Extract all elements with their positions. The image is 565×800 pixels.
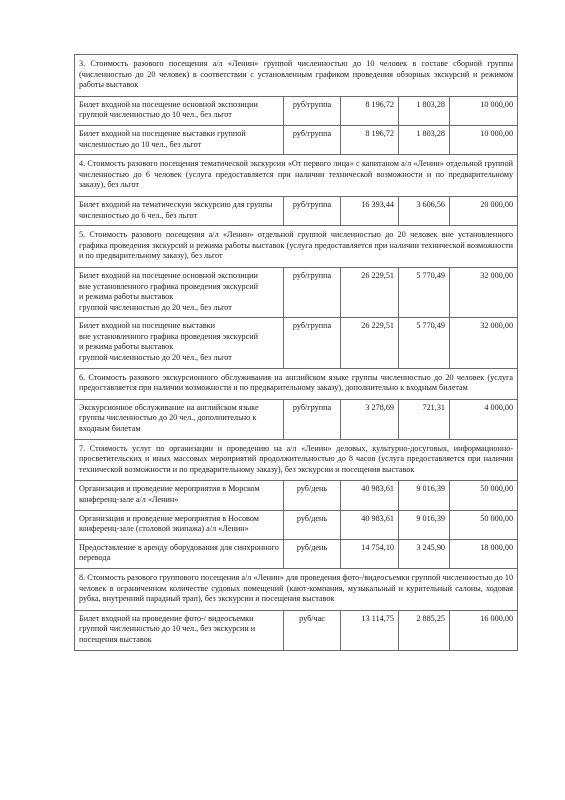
section-heading: 7. Стоимость услуг по организации и пров… xyxy=(75,439,518,481)
unit: руб/группа xyxy=(284,318,341,368)
price-table: 3. Стоимость разового посещения а/л «Лен… xyxy=(74,54,518,651)
vat-amount: 1 803,28 xyxy=(399,125,450,154)
section-heading: 4. Стоимость разового посещения тематиче… xyxy=(75,155,518,197)
price-total: 18 000,00 xyxy=(450,539,518,568)
unit: руб/группа xyxy=(284,267,341,317)
service-name: Организация и проведение мероприятия в М… xyxy=(75,481,284,510)
section-heading: 8. Стоимость разового группового посещен… xyxy=(75,568,518,610)
price-without-vat: 40 983,61 xyxy=(341,481,399,510)
price-total: 50 000,00 xyxy=(450,481,518,510)
section-heading-row: 3. Стоимость разового посещения а/л «Лен… xyxy=(75,55,518,97)
price-without-vat: 40 983,61 xyxy=(341,510,399,539)
section-heading: 5. Стоимость разового посещения а/л «Лен… xyxy=(75,226,518,268)
vat-amount: 9 016,39 xyxy=(399,481,450,510)
unit: руб/группа xyxy=(284,96,341,125)
price-list-page: 3. Стоимость разового посещения а/л «Лен… xyxy=(74,54,517,651)
table-row: Организация и проведение мероприятия в М… xyxy=(75,481,518,510)
price-without-vat: 16 393,44 xyxy=(341,196,399,225)
unit: руб/группа xyxy=(284,399,341,439)
price-total: 10 000,00 xyxy=(450,125,518,154)
price-without-vat: 26 229,51 xyxy=(341,267,399,317)
table-row: Экскурсионное обслуживание на английском… xyxy=(75,399,518,439)
table-row: Организация и проведение мероприятия в Н… xyxy=(75,510,518,539)
vat-amount: 2 885,25 xyxy=(399,610,450,650)
vat-amount: 3 606,56 xyxy=(399,196,450,225)
unit: руб/день xyxy=(284,481,341,510)
service-name: Билет входной на посещение основной эксп… xyxy=(75,267,284,317)
service-name: Билет входной на посещение выставкивне у… xyxy=(75,318,284,368)
service-name: Билет входной на посещение выставки груп… xyxy=(75,125,284,154)
section-heading-row: 8. Стоимость разового группового посещен… xyxy=(75,568,518,610)
vat-amount: 1 803,28 xyxy=(399,96,450,125)
table-row: Билет входной на тематическую экскурсию … xyxy=(75,196,518,225)
table-row: Билет входной на посещение выставки груп… xyxy=(75,125,518,154)
service-name: Организация и проведение мероприятия в Н… xyxy=(75,510,284,539)
price-total: 32 000,00 xyxy=(450,267,518,317)
vat-amount: 721,31 xyxy=(399,399,450,439)
table-row: Билет входной на проведение фото-/ видео… xyxy=(75,610,518,650)
service-name: Билет входной на проведение фото-/ видео… xyxy=(75,610,284,650)
table-row: Билет входной на посещение выставкивне у… xyxy=(75,318,518,368)
service-name: Билет входной на посещение основной эксп… xyxy=(75,96,284,125)
table-row: Предоставление в аренду оборудования для… xyxy=(75,539,518,568)
section-heading-row: 6. Стоимость разового экскурсионного обс… xyxy=(75,368,518,399)
section-heading-row: 5. Стоимость разового посещения а/л «Лен… xyxy=(75,226,518,268)
price-total: 16 000,00 xyxy=(450,610,518,650)
section-heading: 3. Стоимость разового посещения а/л «Лен… xyxy=(75,55,518,97)
price-without-vat: 13 114,75 xyxy=(341,610,399,650)
unit: руб/группа xyxy=(284,125,341,154)
service-name: Экскурсионное обслуживание на английском… xyxy=(75,399,284,439)
section-heading-row: 4. Стоимость разового посещения тематиче… xyxy=(75,155,518,197)
price-without-vat: 3 278,69 xyxy=(341,399,399,439)
unit: руб/час xyxy=(284,610,341,650)
price-without-vat: 8 196,72 xyxy=(341,96,399,125)
unit: руб/день xyxy=(284,510,341,539)
price-without-vat: 8 196,72 xyxy=(341,125,399,154)
table-row: Билет входной на посещение основной эксп… xyxy=(75,96,518,125)
unit: руб/день xyxy=(284,539,341,568)
price-total: 50 000,00 xyxy=(450,510,518,539)
unit: руб/группа xyxy=(284,196,341,225)
price-without-vat: 26 229,51 xyxy=(341,318,399,368)
section-heading: 6. Стоимость разового экскурсионного обс… xyxy=(75,368,518,399)
table-row: Билет входной на посещение основной эксп… xyxy=(75,267,518,317)
service-name: Билет входной на тематическую экскурсию … xyxy=(75,196,284,225)
service-name: Предоставление в аренду оборудования для… xyxy=(75,539,284,568)
vat-amount: 3 245,90 xyxy=(399,539,450,568)
price-total: 4 000,00 xyxy=(450,399,518,439)
vat-amount: 5 770,49 xyxy=(399,318,450,368)
price-total: 32 000,00 xyxy=(450,318,518,368)
price-total: 10 000,00 xyxy=(450,96,518,125)
vat-amount: 5 770,49 xyxy=(399,267,450,317)
price-without-vat: 14 754,10 xyxy=(341,539,399,568)
section-heading-row: 7. Стоимость услуг по организации и пров… xyxy=(75,439,518,481)
price-total: 20 000,00 xyxy=(450,196,518,225)
vat-amount: 9 016,39 xyxy=(399,510,450,539)
